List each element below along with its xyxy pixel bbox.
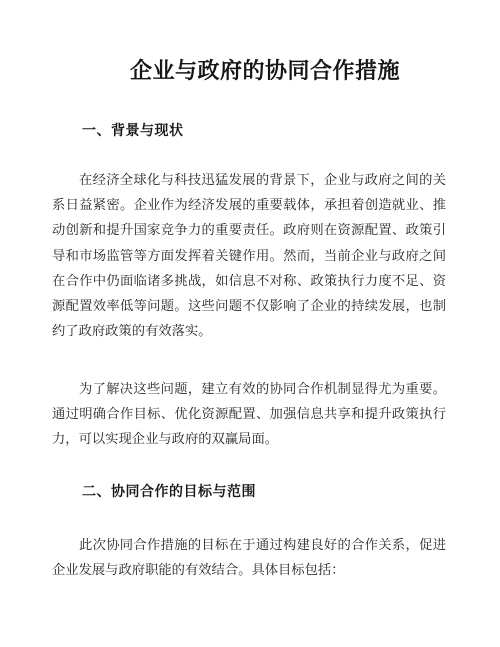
paragraph-line: 约了政府政策的有效落实。 xyxy=(52,318,446,343)
paragraph-goals-1: 此次协同合作措施的目标在于通过构建良好的合作关系，促进 企业发展与政府职能的有效… xyxy=(52,532,446,582)
paragraph-line: 动创新和提升国家竞争力的重要责任。政府则在资源配置、政策引 xyxy=(52,217,446,242)
paragraph-line: 在合作中仍面临诸多挑战，如信息不对称、政策执行力度不足、资 xyxy=(52,268,446,293)
paragraph-background-1: 在经济全球化与科技迅猛发展的背景下，企业与政府之间的关 系日益紧密。企业作为经济… xyxy=(52,167,446,343)
paragraph-line: 在经济全球化与科技迅猛发展的背景下，企业与政府之间的关 xyxy=(52,167,446,192)
paragraph-line: 此次协同合作措施的目标在于通过构建良好的合作关系，促进 xyxy=(52,532,446,557)
section-heading-background: 一、背景与现状 xyxy=(52,120,446,140)
document-page: 企业与政府的协同合作措施 一、背景与现状 在经济全球化与科技迅猛发展的背景下，企… xyxy=(0,0,500,647)
paragraph-line: 导和市场监管等方面发挥着关键作用。然而，当前企业与政府之间 xyxy=(52,243,446,268)
paragraph-line: 为了解决这些问题，建立有效的协同合作机制显得尤为重要。 xyxy=(52,376,446,401)
paragraph-line: 系日益紧密。企业作为经济发展的重要载体，承担着创造就业、推 xyxy=(52,192,446,217)
paragraph-line: 企业发展与政府职能的有效结合。具体目标包括： xyxy=(52,557,446,582)
document-title: 企业与政府的协同合作措施 xyxy=(0,57,500,85)
paragraph-line: 源配置效率低等问题。这些问题不仅影响了企业的持续发展，也制 xyxy=(52,293,446,318)
paragraph-line: 力，可以实现企业与政府的双赢局面。 xyxy=(52,426,446,451)
paragraph-background-2: 为了解决这些问题，建立有效的协同合作机制显得尤为重要。 通过明确合作目标、优化资… xyxy=(52,376,446,452)
section-heading-goals: 二、协同合作的目标与范围 xyxy=(52,481,446,501)
paragraph-line: 通过明确合作目标、优化资源配置、加强信息共享和提升政策执行 xyxy=(52,401,446,426)
